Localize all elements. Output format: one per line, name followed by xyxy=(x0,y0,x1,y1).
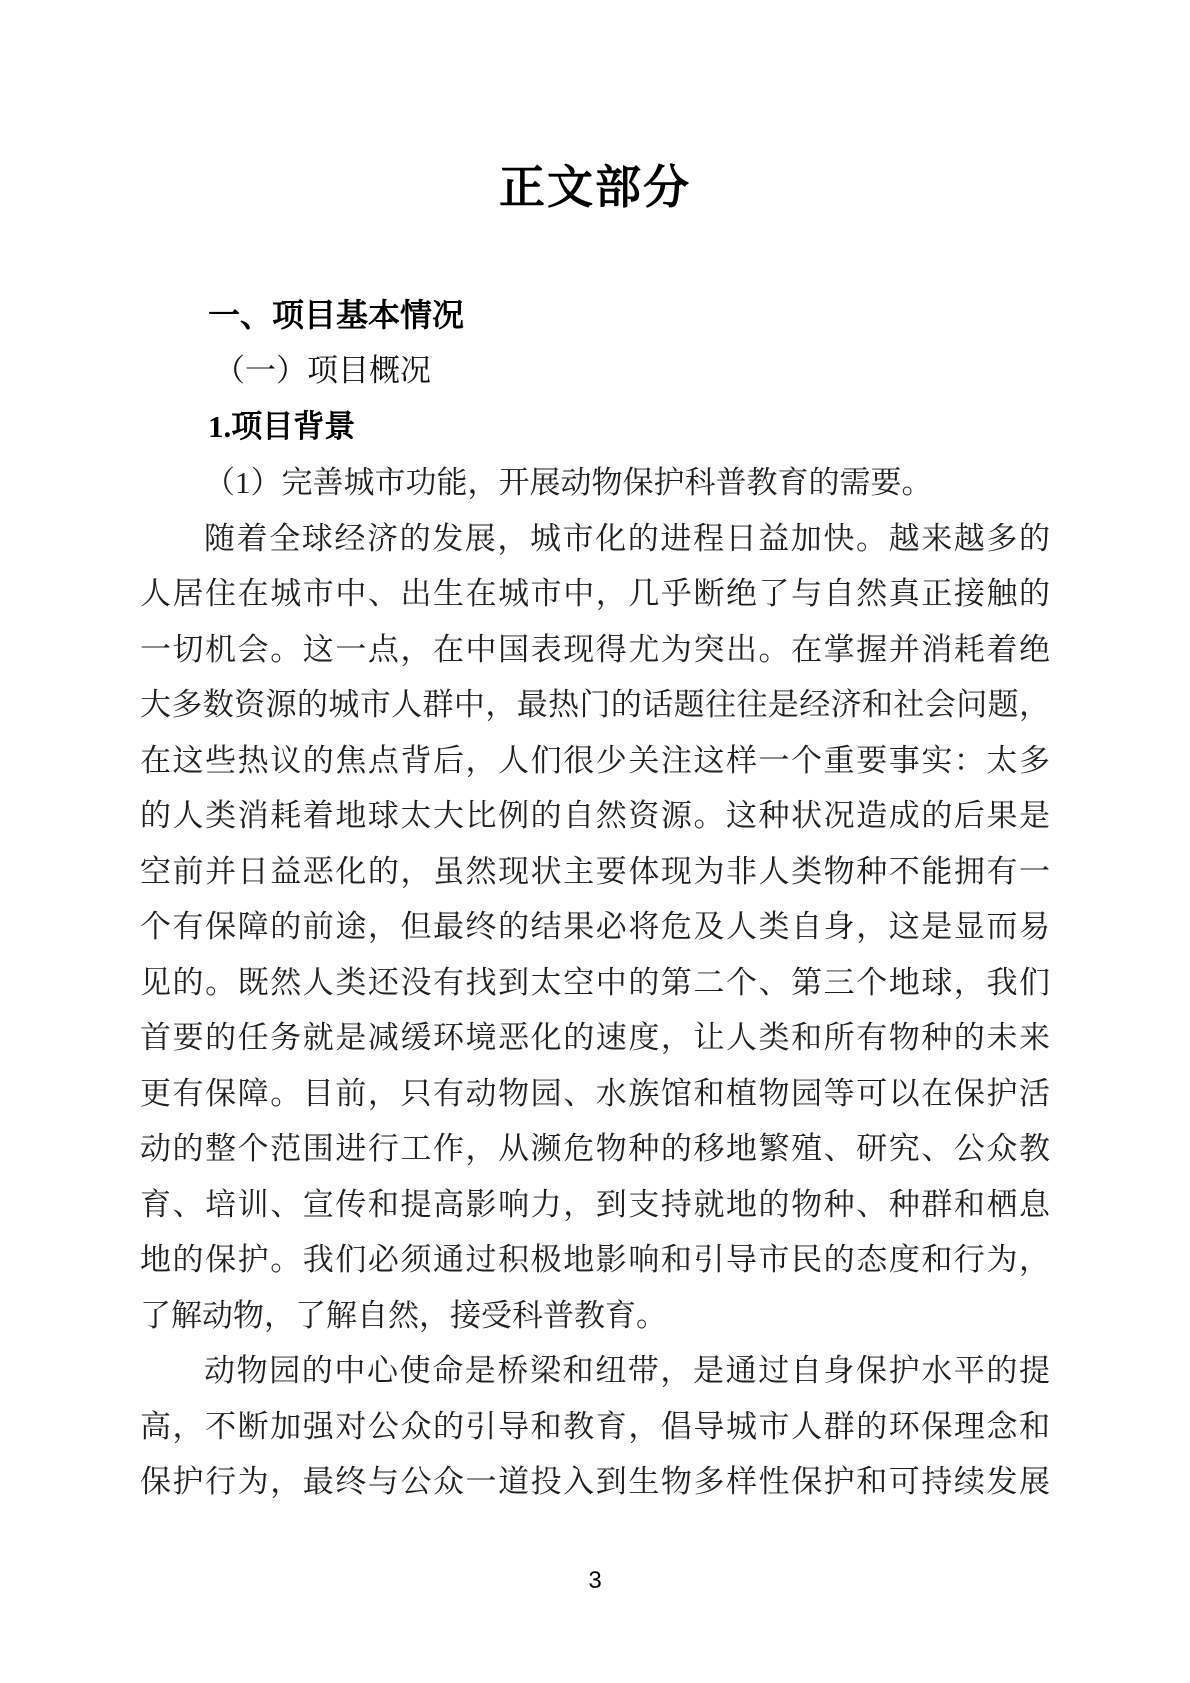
document-page: 正文部分 一、项目基本情况 （一）项目概况 1.项目背景 （1）完善城市功能，开… xyxy=(0,0,1190,1683)
text-line: 育、培训、宣传和提高影响力，到支持就地的物种、种群和栖息 xyxy=(140,1177,1050,1233)
text-line: 高，不断加强对公众的引导和教育，倡导城市人群的环保理念和 xyxy=(140,1399,1050,1455)
text-line: 了解动物，了解自然，接受科普教育。 xyxy=(140,1288,1050,1344)
point-1-lead-line: （1）完善城市功能，开展动物保护科普教育的需要。 xyxy=(140,455,1050,511)
section-heading: 一、项目基本情况 xyxy=(140,287,1050,343)
text-line: 空前并日益恶化的，虽然现状主要体现为非人类物种不能拥有一 xyxy=(140,844,1050,900)
text-line: 一切机会。这一点，在中国表现得尤为突出。在掌握并消耗着绝 xyxy=(140,622,1050,678)
text-line: 地的保护。我们必须通过积极地影响和引导市民的态度和行为， xyxy=(140,1232,1050,1288)
text-line: 人居住在城市中、出生在城市中，几乎断绝了与自然真正接触的 xyxy=(140,566,1050,622)
document-title: 正文部分 xyxy=(140,158,1050,218)
text-line: 随着全球经济的发展，城市化的进程日益加快。越来越多的 xyxy=(140,511,1050,567)
body-paragraphs: （1）完善城市功能，开展动物保护科普教育的需要。随着全球经济的发展，城市化的进程… xyxy=(140,455,1050,1510)
text-line: （1）完善城市功能，开展动物保护科普教育的需要。 xyxy=(140,455,1050,511)
page-number: 3 xyxy=(0,1561,1190,1601)
text-line: 动物园的中心使命是桥梁和纽带，是通过自身保护水平的提 xyxy=(140,1343,1050,1399)
text-line: 大多数资源的城市人群中，最热门的话题往往是经济和社会问题， xyxy=(140,677,1050,733)
background-paragraph-1: 随着全球经济的发展，城市化的进程日益加快。越来越多的人居住在城市中、出生在城市中… xyxy=(140,511,1050,1344)
background-paragraph-2: 动物园的中心使命是桥梁和纽带，是通过自身保护水平的提高，不断加强对公众的引导和教… xyxy=(140,1343,1050,1510)
item-heading: 1.项目背景 xyxy=(140,399,1050,455)
text-line: 更有保障。目前，只有动物园、水族馆和植物园等可以在保护活 xyxy=(140,1066,1050,1122)
text-line: 保护行为，最终与公众一道投入到生物多样性保护和可持续发展 xyxy=(140,1454,1050,1510)
text-line: 的人类消耗着地球太大比例的自然资源。这种状况造成的后果是 xyxy=(140,788,1050,844)
text-line: 动的整个范围进行工作，从濒危物种的移地繁殖、研究、公众教 xyxy=(140,1121,1050,1177)
subsection-heading: （一）项目概况 xyxy=(140,343,1050,399)
text-line: 见的。既然人类还没有找到太空中的第二个、第三个地球，我们 xyxy=(140,955,1050,1011)
text-line: 首要的任务就是减缓环境恶化的速度，让人类和所有物种的未来 xyxy=(140,1010,1050,1066)
text-line: 个有保障的前途，但最终的结果必将危及人类自身，这是显而易 xyxy=(140,899,1050,955)
text-line: 在这些热议的焦点背后，人们很少关注这样一个重要事实：太多 xyxy=(140,733,1050,789)
